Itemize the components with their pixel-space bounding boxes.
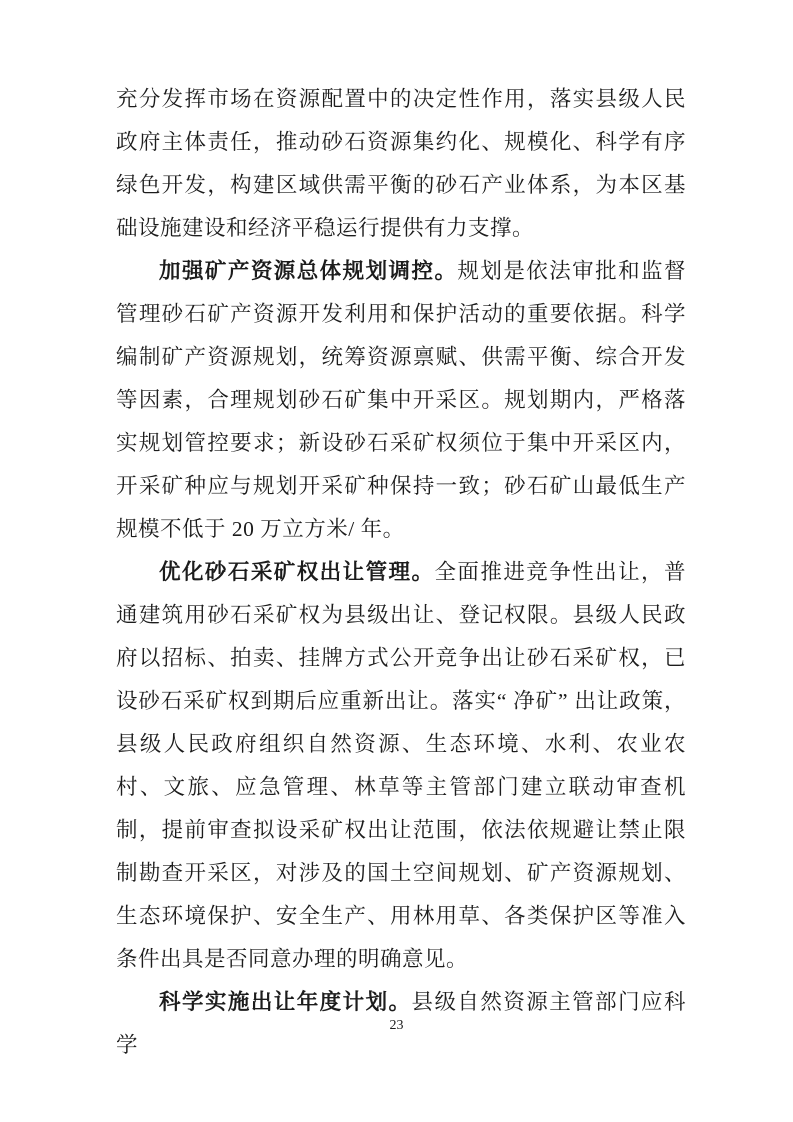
paragraph-lead: 优化砂石采矿权出让管理。 [159, 560, 434, 584]
paragraph-lead: 科学实施出让年度计划。 [159, 990, 412, 1014]
paragraph-body: 规划是依法审批和监督管理砂石矿产资源开发利用和保护活动的重要依据。科学编制矿产资… [116, 259, 686, 541]
paragraph: 充分发挥市场在资源配置中的决定性作用，落实县级人民政府主体责任，推动砂石资源集约… [116, 78, 686, 250]
paragraph: 优化砂石采矿权出让管理。全面推进竞争性出让，普通建筑用砂石采矿权为县级出让、登记… [116, 551, 686, 981]
paragraph: 加强矿产资源总体规划调控。规划是依法审批和监督管理砂石矿产资源开发利用和保护活动… [116, 250, 686, 551]
page-number: 23 [0, 1018, 793, 1034]
paragraph-body: 全面推进竞争性出让，普通建筑用砂石采矿权为县级出让、登记权限。县级人民政府以招标… [116, 560, 686, 971]
document-body: 充分发挥市场在资源配置中的决定性作用，落实县级人民政府主体责任，推动砂石资源集约… [116, 78, 686, 1067]
paragraph-lead: 加强矿产资源总体规划调控。 [159, 259, 457, 283]
paragraph-body: 充分发挥市场在资源配置中的决定性作用，落实县级人民政府主体责任，推动砂石资源集约… [116, 87, 686, 240]
document-page: 充分发挥市场在资源配置中的决定性作用，落实县级人民政府主体责任，推动砂石资源集约… [0, 0, 793, 1122]
